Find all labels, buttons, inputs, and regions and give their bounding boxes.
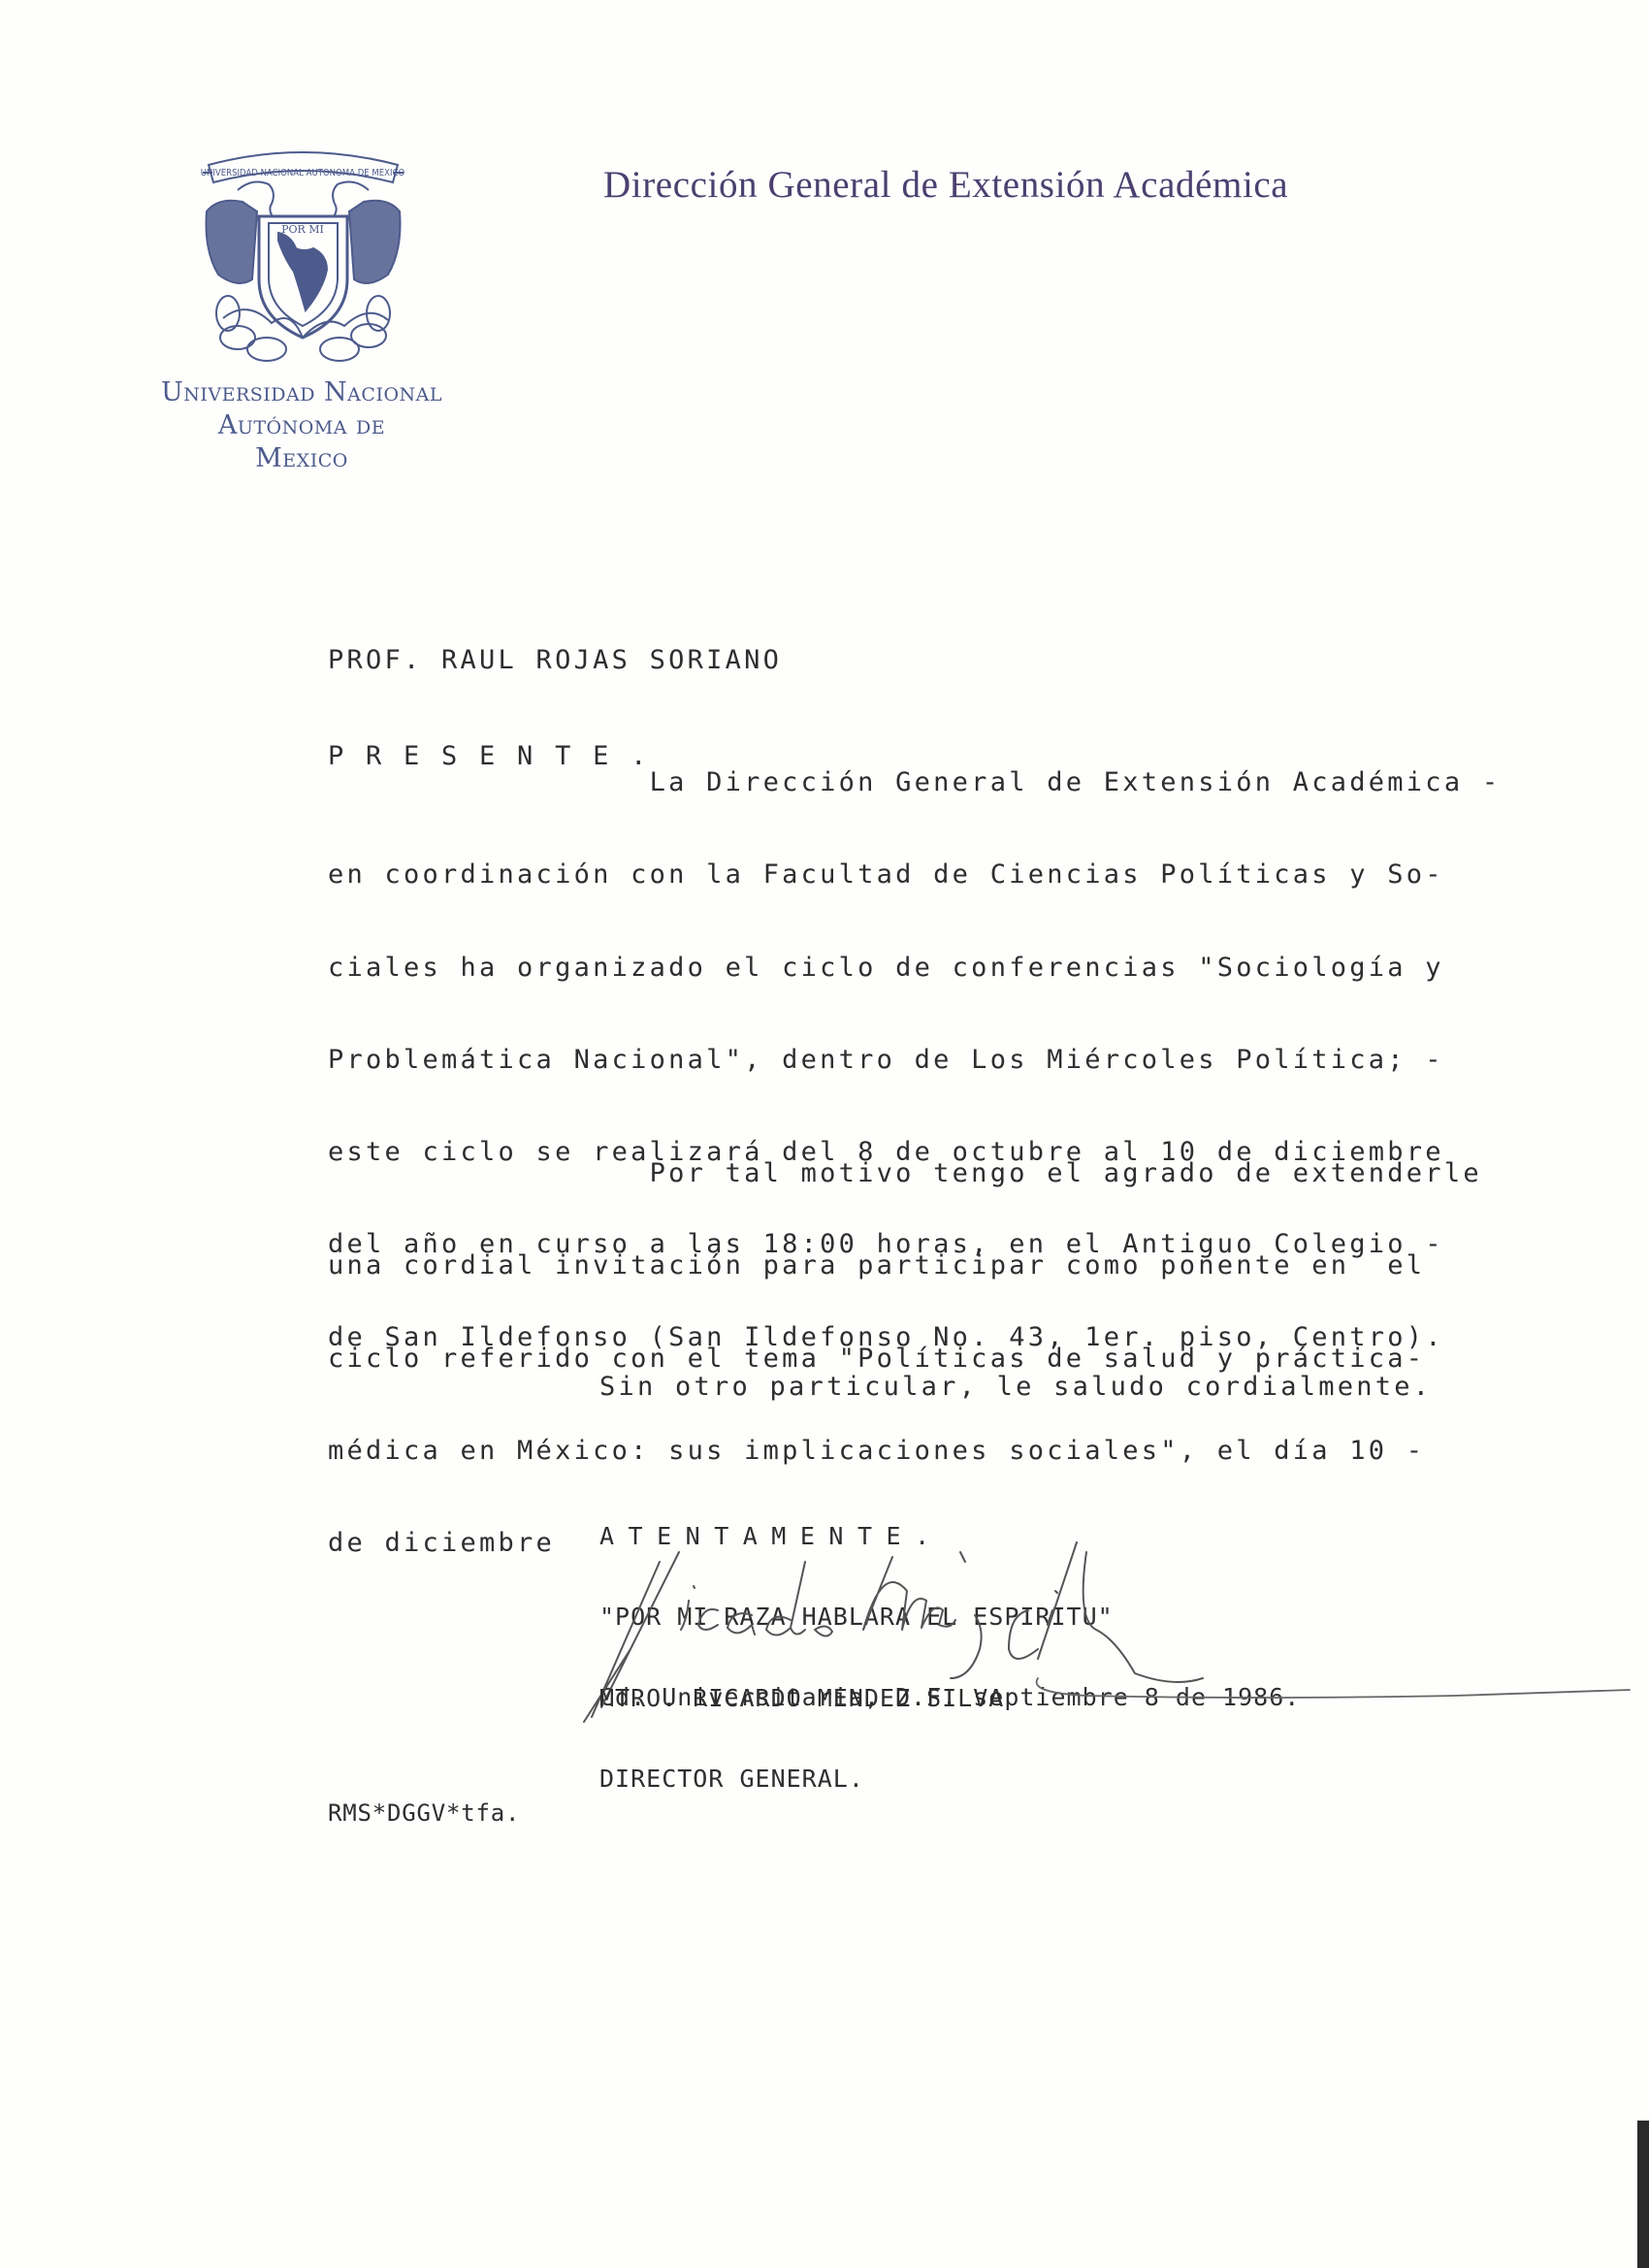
university-name-line: Autónoma de	[145, 409, 458, 442]
body-line: La Dirección General de Extensión Académ…	[328, 766, 1501, 798]
body-line: ciales ha organizado el ciclo de confere…	[328, 952, 1501, 984]
university-name: Universidad Nacional Autónoma de Mexico	[145, 376, 458, 475]
university-name-line: Universidad Nacional	[145, 376, 458, 409]
signer-name: MTRO. RICARDO MENDEZ SILVA	[599, 1686, 1004, 1710]
scan-edge-shadow	[1637, 2121, 1649, 2268]
department-title: Dirección General de Extensión Académica	[603, 163, 1288, 207]
body-line: en coordinación con la Facultad de Cienc…	[328, 859, 1501, 891]
body-line: médica en México: sus implicaciones soci…	[328, 1435, 1482, 1467]
body-line: ciclo referido con el tema "Políticas de…	[328, 1343, 1482, 1375]
recipient-name: PROF. RAUL ROJAS SORIANO	[328, 644, 782, 676]
signer-block: MTRO. RICARDO MENDEZ SILVA DIRECTOR GENE…	[599, 1630, 1004, 1847]
closing-line: Sin otro particular, le saludo cordialme…	[599, 1372, 1432, 1402]
university-name-line: Mexico	[145, 442, 458, 475]
atentamente: ATENTAMENTE.	[599, 1524, 1300, 1548]
reference-initials: RMS*DGGV*tfa.	[328, 1799, 520, 1827]
unam-seal-icon: UNIVERSIDAD NACIONAL AUTONOMA DE MEXICO …	[199, 144, 407, 372]
body-line: Problemática Nacional", dentro de Los Mi…	[328, 1044, 1501, 1076]
letter-page: UNIVERSIDAD NACIONAL AUTONOMA DE MEXICO …	[0, 0, 1649, 2268]
svg-text:POR MI: POR MI	[281, 223, 324, 236]
svg-text:UNIVERSIDAD NACIONAL AUTONOMA: UNIVERSIDAD NACIONAL AUTONOMA DE MEXICO	[201, 168, 405, 178]
body-line: Por tal motivo tengo el agrado de extend…	[328, 1157, 1482, 1189]
body-line: una cordial invitación para participar c…	[328, 1249, 1482, 1281]
motto: "POR MI RAZA HABLARA EL ESPIRITU"	[599, 1604, 1300, 1629]
signer-title: DIRECTOR GENERAL.	[599, 1766, 1004, 1791]
